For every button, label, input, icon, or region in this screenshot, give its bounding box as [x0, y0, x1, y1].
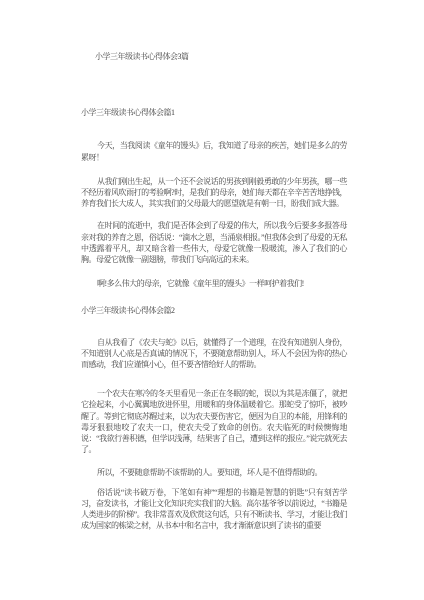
section-1-paragraph-2: 从我们刚出生起，从一个还不会说话的男孩到刚毅勇敢的少年男孩，哪一些不经历着风吹雨…	[81, 176, 347, 210]
section-1-paragraph-1: 今天，当我阅读《童年的馒头》后，我知道了母亲的疾苦，她们是多么的劳累呀！	[81, 140, 347, 162]
section-1-heading: 小学三年级读书心得体会篇1	[81, 107, 347, 118]
document-content: 小学三年级读书心得体会3篇 小学三年级读书心得体会篇1 今天，当我阅读《童年的馒…	[81, 51, 347, 531]
section-2-paragraph-1: 自从我看了《农夫与蛇》以后，就懂得了一个道理，在没有知道别人身份，不知道别人心底…	[81, 337, 347, 371]
section-2-paragraph-3: 所以，不要随意帮助不该帮助的人。要知道，坏人是不值得帮助的。	[81, 467, 347, 478]
section-1-paragraph-4: 啊!多么伟大的母亲，它就像《童年里的馒头》一样呵护着我们!	[81, 278, 347, 289]
document-page: 小学三年级读书心得体会3篇 小学三年级读书心得体会篇1 今天，当我阅读《童年的馒…	[0, 0, 424, 600]
section-2-paragraph-4: 俗话说“读书破万卷，下笔如有神”“理想的书籍是智慧的钥匙”只有刻苦学习，奋发读书…	[81, 487, 347, 532]
document-title: 小学三年级读书心得体会3篇	[81, 51, 347, 62]
section-2-heading: 小学三年级读书心得体会篇2	[81, 305, 347, 316]
section-1-paragraph-3: 在时间的流逝中，我们是否体会到了母爱的伟大，所以我今后要多多报答母亲对我的养育之…	[81, 220, 347, 265]
section-2-paragraph-2: 一个农夫在寒冷的冬天里看见一条正在冬眠的蛇，误以为其是冻僵了，就把它捡起来，小心…	[81, 388, 347, 455]
